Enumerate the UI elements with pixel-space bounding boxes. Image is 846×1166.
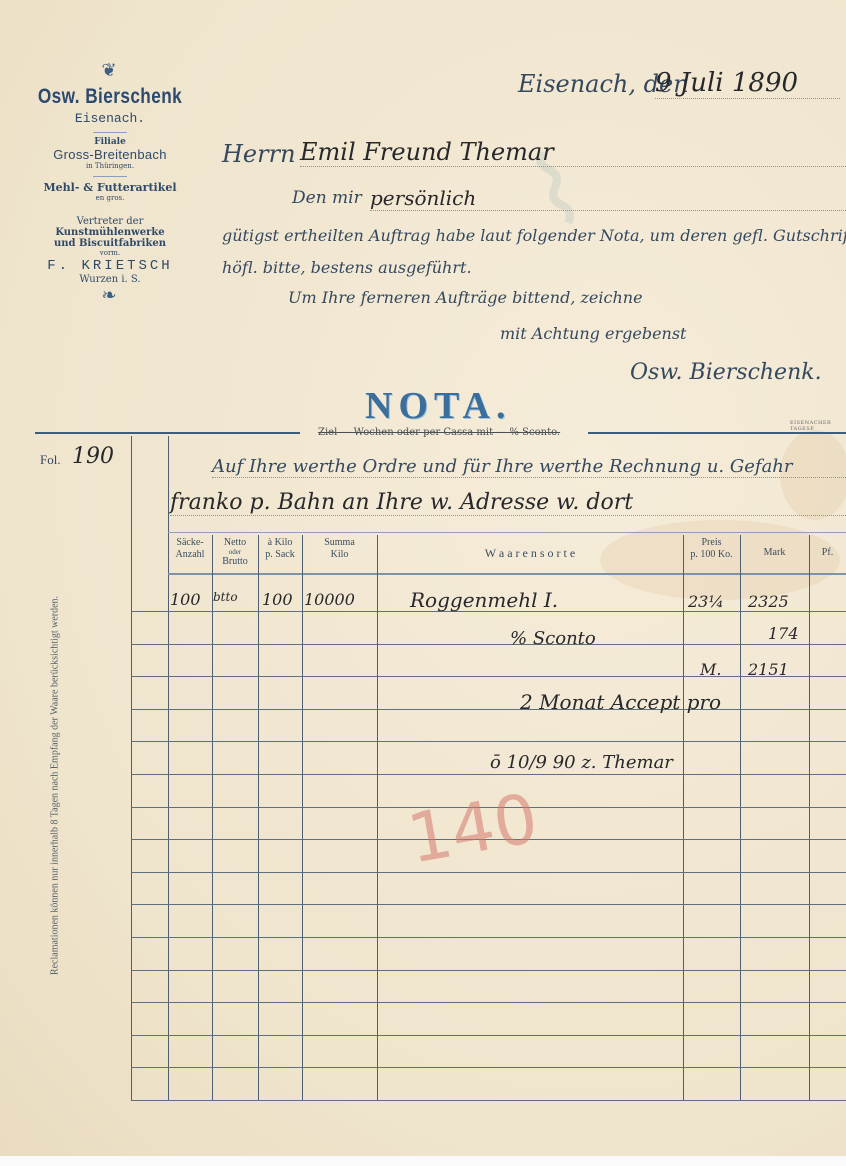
frame-line: [168, 436, 169, 1100]
firm-name: Osw. Bierschenk: [36, 85, 184, 109]
row2-goods: % Sconto: [510, 628, 596, 649]
rep-line1: Kunstmühlenwerke: [20, 227, 200, 238]
row-line: [131, 1035, 846, 1036]
row1-kilo-per-sack: 100: [262, 590, 293, 609]
payment-terms-struck: Ziel — Wochen oder per Cassa mit — % Sco…: [318, 427, 560, 438]
header-netto: NettooderBrutto: [212, 537, 258, 568]
row-line: [131, 904, 846, 905]
ornament-top-icon: ❦: [20, 60, 200, 81]
printer-mark: EISENACHER TAGESP.: [790, 420, 846, 432]
row-line: [131, 1002, 846, 1003]
row-line: [131, 872, 846, 873]
row-line: [131, 741, 846, 742]
row-line: [131, 970, 846, 971]
rep-label: Vertreter der: [20, 216, 200, 227]
row5-note: ō 10/9 90 z. Themar: [490, 752, 673, 773]
row2-mark: 174: [768, 624, 799, 643]
nota-title: NOTA.: [365, 384, 511, 428]
header-mark: Mark: [740, 547, 809, 559]
addressee-prefix: Herrn: [222, 140, 296, 168]
header-kilo-per-sack: à Kilop. Sack: [258, 537, 302, 561]
date-value: 9 Juli 1890: [655, 68, 840, 99]
firm-city: Eisenach.: [20, 111, 200, 126]
goods-sub: en gros.: [20, 194, 200, 202]
column-line: [212, 535, 213, 1100]
branch-region: in Thüringen.: [20, 162, 200, 170]
divider: [93, 176, 127, 177]
signature: Osw. Bierschenk.: [630, 360, 822, 385]
header-price: Preisp. 100 Ko.: [683, 537, 740, 561]
header-bottom-line: [168, 573, 846, 575]
addressee-name: Emil Freund Themar: [300, 138, 846, 167]
rep-place: Wurzen i. S.: [20, 274, 200, 285]
folio-value: 190: [72, 444, 114, 469]
order-handwritten: franko p. Bahn an Ihre w. Adresse w. dor…: [170, 490, 846, 516]
column-line: [740, 535, 741, 1100]
letter-line1-prefix: Den mir: [292, 188, 362, 208]
row1-mark: 2325: [748, 592, 789, 611]
column-line: [377, 535, 378, 1100]
letterhead: ❦ Osw. Bierschenk Eisenach. Filiale Gros…: [20, 60, 200, 306]
ornament-bottom-icon: ❧: [20, 285, 200, 306]
header-pf: Pf.: [809, 547, 846, 559]
column-line: [302, 535, 303, 1100]
column-line: [809, 535, 810, 1100]
row-line: [131, 1067, 846, 1068]
row1-goods: Roggenmehl I.: [410, 588, 558, 612]
row-line: [131, 1100, 846, 1101]
table-top-line: [168, 532, 846, 533]
row4-payment-terms: 2 Monat Accept pro: [520, 690, 721, 714]
header-goods: W a a r e n s o r t e: [377, 547, 683, 559]
header-sacks: Säcke-Anzahl: [168, 537, 212, 561]
letter-line1-value: persönlich: [370, 186, 846, 211]
row1-netto: btto: [213, 590, 238, 604]
rule-right: [588, 432, 846, 434]
row-line: [131, 644, 846, 645]
header-total-kilo: SummaKilo: [302, 537, 377, 561]
column-line: [683, 535, 684, 1100]
row-line: [131, 774, 846, 775]
rep-vorm: vorm.: [20, 249, 200, 257]
letter-line2: gütigst ertheilten Auftrag habe laut fol…: [222, 226, 846, 245]
branch-label: Filiale: [20, 137, 200, 147]
rep-line2: und Biscuitfabriken: [20, 238, 200, 249]
frame-line: [131, 436, 132, 1100]
column-line: [258, 535, 259, 1100]
letter-line3: höfl. bitte, bestens ausgeführt.: [222, 258, 472, 277]
order-preprinted: Auf Ihre werthe Ordre und für Ihre werth…: [212, 456, 846, 478]
row1-price: 23¼: [688, 592, 724, 611]
row1-sacks: 100: [170, 590, 201, 609]
row-line: [131, 676, 846, 677]
complaints-note: Reclamationen können nur innerhalb 8 Tag…: [50, 526, 61, 1046]
folio-label: Fol.: [40, 452, 61, 468]
row3-currency: M.: [700, 660, 721, 679]
rule-left: [35, 432, 300, 434]
goods-line: Mehl- & Futterartikel: [20, 181, 200, 194]
page-bottom-edge: [0, 1156, 846, 1166]
row1-total-kilo: 10000: [304, 590, 355, 609]
letter-line5: mit Achtung ergebenst: [500, 324, 686, 343]
row3-mark: 2151: [748, 660, 789, 679]
divider: [93, 132, 127, 133]
row-line: [131, 937, 846, 938]
rep-name: F. KRIETSCH: [20, 258, 200, 274]
letter-line4: Um Ihre ferneren Aufträge bittend, zeich…: [288, 288, 643, 307]
branch-city: Gross-Breitenbach: [20, 147, 200, 162]
row-line: [131, 709, 846, 710]
